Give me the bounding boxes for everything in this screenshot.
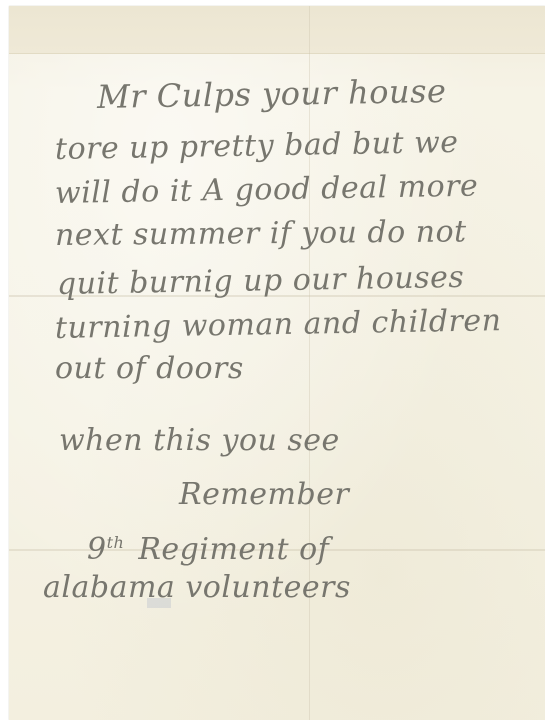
letter-line-salutation: Mr Culps your house xyxy=(97,74,447,114)
letter-line: will do it A good deal more xyxy=(55,170,479,211)
letter-line: quit burnig up our houses xyxy=(57,261,465,302)
letter-line-remember: Remember xyxy=(179,478,349,512)
letter-line: tore up pretty bad but we xyxy=(55,126,459,167)
letter-line: when this you see xyxy=(59,424,340,458)
regiment-word: Regiment of xyxy=(138,532,329,567)
letter-paper: Mr Culps your house tore up pretty bad b… xyxy=(9,6,545,720)
letter-line: turning woman and children xyxy=(55,304,502,346)
letter-line: next summer if you do not xyxy=(55,215,467,253)
handwritten-text: Mr Culps your house tore up pretty bad b… xyxy=(9,6,545,720)
letter-line: out of doors xyxy=(55,352,244,386)
letter-line-regiment: 9thRegiment of xyxy=(87,526,329,567)
letter-line-signature: alabama volunteers xyxy=(43,571,351,605)
regiment-suffix: th xyxy=(107,533,125,552)
regiment-number: 9 xyxy=(87,532,107,567)
